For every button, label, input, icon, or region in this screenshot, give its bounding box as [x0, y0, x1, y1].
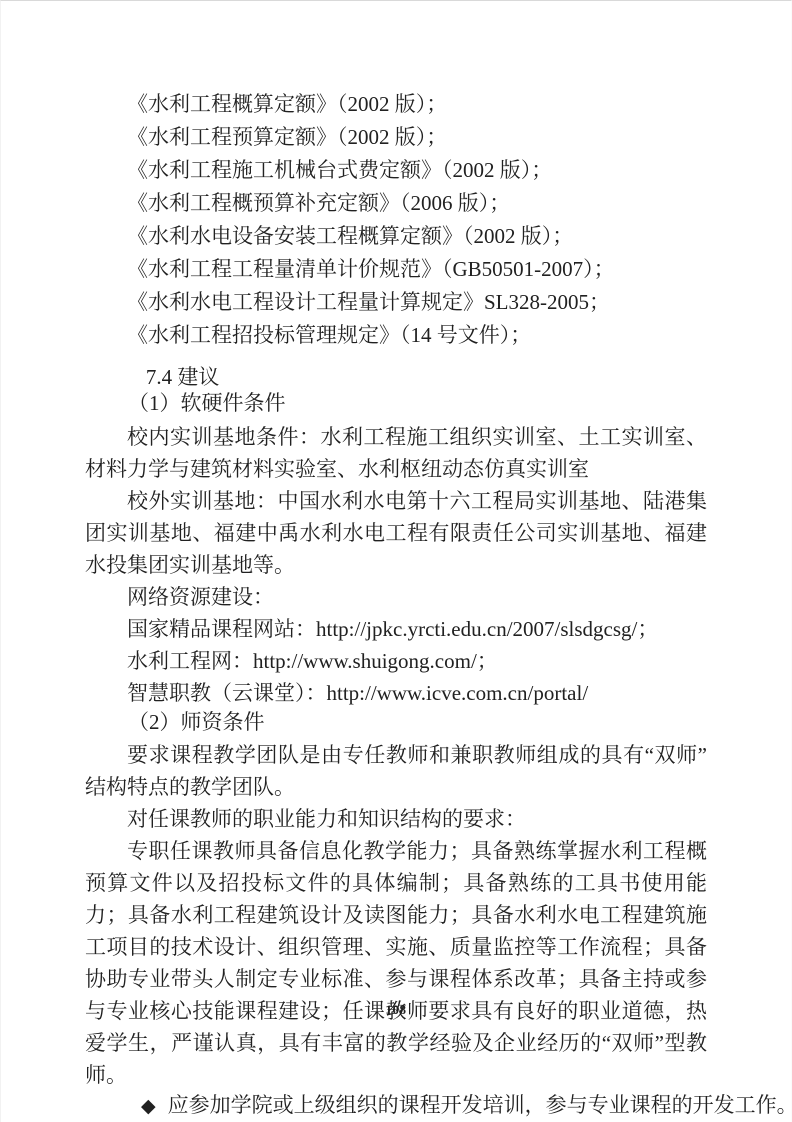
bullet-item-text: 应参加学院或上级组织的课程开发培训，参与专业课程的开发工作。 [168, 1093, 792, 1117]
paragraph-shuigong-url: 水利工程网：http://www.shuigong.com/； [85, 645, 707, 677]
subsection-heading-software-hardware: （1）软硬件条件 [85, 390, 707, 416]
reference-item: 《水利水电设备安装工程概算定额》（2002 版）； [85, 220, 707, 253]
reference-item: 《水利工程施工机械台式费定额》（2002 版）； [85, 154, 707, 187]
paragraph-teaching-team: 要求课程教学团队是由专任教师和兼职教师组成的具有“双师”结构特点的教学团队。 [85, 739, 707, 803]
subsection-heading-faculty: （2）师资条件 [85, 709, 707, 735]
reference-item: 《水利工程概预算补充定额》（2006 版）； [85, 187, 707, 220]
reference-item: 《水利工程工程量清单计价规范》（GB50501-2007）； [85, 253, 707, 286]
paragraph-icve-url: 智慧职教（云课堂）：http://www.icve.com.cn/portal/ [85, 677, 707, 709]
paragraph-offcampus-training-bases: 校外实训基地：中国水利水电第十六工程局实训基地、陆港集团实训基地、福建中禹水利水… [85, 485, 707, 581]
page-content: 《水利工程概算定额》（2002 版）； 《水利工程预算定额》（2002 版）； … [85, 88, 707, 1120]
reference-item: 《水利工程概算定额》（2002 版）； [85, 88, 707, 121]
paragraph-national-course-site-url: 国家精品课程网站：http://jpkc.yrcti.edu.cn/2007/s… [85, 613, 707, 645]
paragraph-campus-training-bases: 校内实训基地条件：水利工程施工组织实训室、土工实训室、材料力学与建筑材料实验室、… [85, 421, 707, 485]
reference-item: 《水利水电工程设计工程量计算规定》SL328-2005； [85, 286, 707, 319]
page-number: 108 [1, 1002, 791, 1018]
diamond-bullet-icon: ◆ [141, 1093, 156, 1120]
reference-item: 《水利工程招投标管理规定》（14 号文件）； [85, 319, 707, 352]
reference-item: 《水利工程预算定额》（2002 版）； [85, 121, 707, 154]
paragraph-teacher-requirements-intro: 对任课教师的职业能力和知识结构的要求： [85, 803, 707, 835]
paragraph-network-resources: 网络资源建设： [85, 581, 707, 613]
section-heading: 7.4 建议 [85, 364, 707, 390]
paragraph-fulltime-teacher-abilities: 专职任课教师具备信息化教学能力；具备熟练掌握水利工程概预算文件以及招投标文件的具… [85, 835, 707, 1091]
document-page: 《水利工程概算定额》（2002 版）； 《水利工程预算定额》（2002 版）； … [0, 0, 792, 1122]
bullet-item-course-development: ◆应参加学院或上级组织的课程开发培训，参与专业课程的开发工作。 [85, 1092, 707, 1120]
